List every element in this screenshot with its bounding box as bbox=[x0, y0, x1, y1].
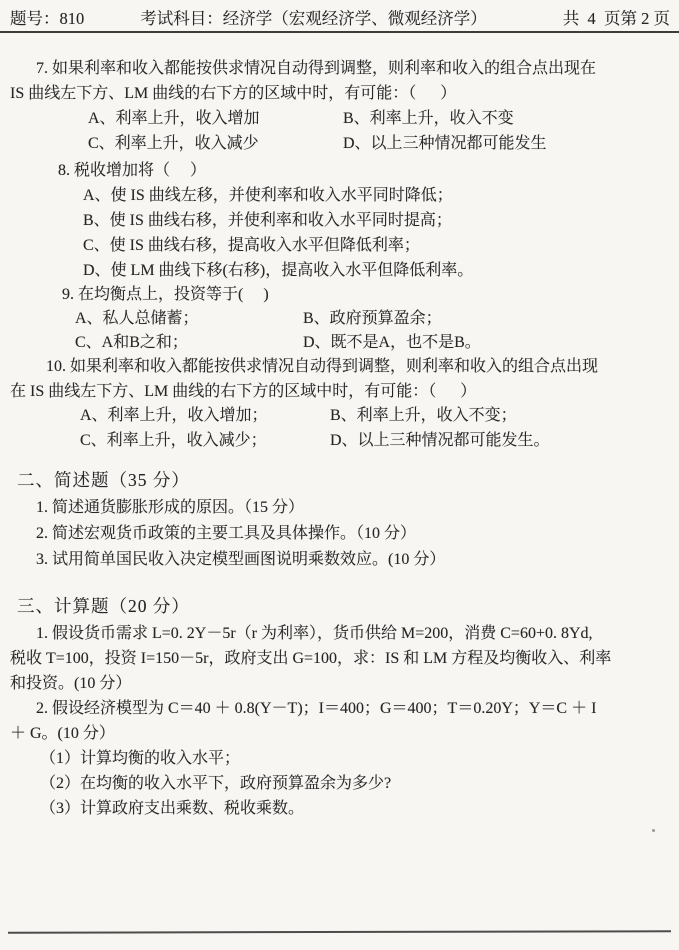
question-10-options-row-2: C、利率上升，收入减少； D、以上三种情况都可能发生。 bbox=[80, 429, 669, 454]
question-10-option-d: D、以上三种情况都可能发生。 bbox=[330, 429, 550, 454]
question-9-options-row-1: A、私人总储蓄； B、政府预算盈余； bbox=[75, 307, 669, 331]
section-3-title: 三、计算题（20 分） bbox=[17, 591, 669, 621]
question-9-option-b: B、政府预算盈余； bbox=[303, 307, 442, 331]
section-3: 三、计算题（20 分） 1. 假设货币需求 L=0. 2Y－5r（r 为利率），… bbox=[10, 591, 669, 821]
page-bottom-rule bbox=[8, 930, 671, 933]
section-2-item-2: 2. 简述宏观货币政策的主要工具及具体操作。（10 分） bbox=[36, 521, 669, 547]
question-8-option-b: B、使 IS 曲线右移，并使利率和收入水平同时提高； bbox=[83, 208, 669, 233]
question-7: 7. 如果利率和收入都能按供求情况自动得到调整，则利率和收入的组合点出现在 IS… bbox=[10, 56, 669, 156]
question-7-option-b: B、利率上升，收入不变 bbox=[343, 106, 514, 131]
question-9-option-d: D、既不是A，也不是B。 bbox=[303, 331, 481, 355]
section-3-item-2-line-2: ＋ G。(10 分） bbox=[10, 721, 669, 746]
question-9-stem: 9. 在均衡点上，投资等于( ) bbox=[62, 283, 669, 307]
question-8-option-d: D、使 LM 曲线下移(右移)，提高收入水平但降低利率。 bbox=[83, 258, 669, 283]
question-9-options-row-2: C、A和B之和； D、既不是A，也不是B。 bbox=[75, 331, 669, 355]
question-9-option-c: C、A和B之和； bbox=[75, 331, 303, 355]
section-3-item-1-line-3: 和投资。(10 分） bbox=[10, 671, 669, 696]
question-8-stem: 8. 税收增加将（ ） bbox=[58, 158, 669, 183]
scan-artifact-dot bbox=[652, 829, 655, 832]
section-3-sub-question-3: （3）计算政府支出乘数、税收乘数。 bbox=[40, 796, 669, 821]
page-header: 题号：810 考试科目：经济学（宏观经济学、微观经济学） 共 4 页第 2 页 bbox=[0, 0, 679, 33]
question-8-option-c: C、使 IS 曲线右移，提高收入水平但降低利率； bbox=[83, 233, 669, 258]
section-2: 二、简述题（35 分） 1. 简述通货膨胀形成的原因。（15 分） 2. 简述宏… bbox=[10, 465, 669, 573]
question-7-option-d: D、以上三种情况都可能发生 bbox=[343, 131, 547, 156]
header-subject: 考试科目：经济学（宏观经济学、微观经济学） bbox=[140, 8, 487, 30]
question-10-option-b: B、利率上升，收入不变； bbox=[330, 404, 517, 429]
section-3-sub-question-1: （1）计算均衡的收入水平； bbox=[40, 746, 669, 771]
section-2-item-1: 1. 简述通货膨胀形成的原因。（15 分） bbox=[36, 495, 669, 521]
question-7-options-row-1: A、利率上升，收入增加 B、利率上升，收入不变 bbox=[88, 106, 669, 131]
question-10-stem-line-1: 10. 如果利率和收入都能按供求情况自动得到调整，则利率和收入的组合点出现 bbox=[46, 355, 669, 380]
question-7-option-a: A、利率上升，收入增加 bbox=[88, 106, 343, 131]
question-7-stem-line-1: 7. 如果利率和收入都能按供求情况自动得到调整，则利率和收入的组合点出现在 bbox=[36, 56, 669, 81]
question-9: 9. 在均衡点上，投资等于( ) A、私人总储蓄； B、政府预算盈余； C、A和… bbox=[10, 283, 669, 355]
question-7-options-row-2: C、利率上升，收入减少 D、以上三种情况都可能发生 bbox=[88, 131, 669, 156]
question-10-options-row-1: A、利率上升，收入增加； B、利率上升，收入不变； bbox=[80, 404, 669, 429]
question-10-option-c: C、利率上升，收入减少； bbox=[80, 429, 330, 454]
question-7-stem-line-2: IS 曲线左下方、LM 曲线的右下方的区域中时，有可能：（ ） bbox=[10, 81, 669, 106]
section-3-item-2-line-1: 2. 假设经济模型为 C＝40 ＋ 0.8(Y－T)；I＝400；G＝400；T… bbox=[36, 696, 669, 721]
header-page-info: 共 4 页第 2 页 bbox=[563, 8, 670, 30]
header-question-number: 题号：810 bbox=[10, 8, 84, 30]
question-7-option-c: C、利率上升，收入减少 bbox=[88, 131, 343, 156]
question-8-option-a: A、使 IS 曲线左移，并使利率和收入水平同时降低； bbox=[83, 183, 669, 208]
section-2-item-3: 3. 试用简单国民收入决定模型画图说明乘数效应。(10 分） bbox=[36, 547, 669, 573]
question-8: 8. 税收增加将（ ） A、使 IS 曲线左移，并使利率和收入水平同时降低； B… bbox=[10, 158, 669, 283]
question-10-stem-line-2: 在 IS 曲线左下方、LM 曲线的右下方的区域中时，有可能：（ ） bbox=[10, 380, 669, 405]
question-10: 10. 如果利率和收入都能按供求情况自动得到调整，则利率和收入的组合点出现 在 … bbox=[10, 355, 669, 453]
question-9-option-a: A、私人总储蓄； bbox=[75, 307, 303, 331]
section-3-item-1-line-1: 1. 假设货币需求 L=0. 2Y－5r（r 为利率），货币供给 M=200，消… bbox=[36, 621, 669, 646]
section-2-title: 二、简述题（35 分） bbox=[17, 465, 669, 495]
exam-page: 题号：810 考试科目：经济学（宏观经济学、微观经济学） 共 4 页第 2 页 … bbox=[0, 0, 679, 950]
section-3-sub-question-2: （2）在均衡的收入水平下，政府预算盈余为多少? bbox=[40, 771, 669, 796]
page-content: 7. 如果利率和收入都能按供求情况自动得到调整，则利率和收入的组合点出现在 IS… bbox=[0, 56, 679, 821]
section-3-item-1-line-2: 税收 T=100，投资 I=150－5r，政府支出 G=100，求：IS 和 L… bbox=[10, 646, 669, 671]
question-10-option-a: A、利率上升，收入增加； bbox=[80, 404, 330, 429]
